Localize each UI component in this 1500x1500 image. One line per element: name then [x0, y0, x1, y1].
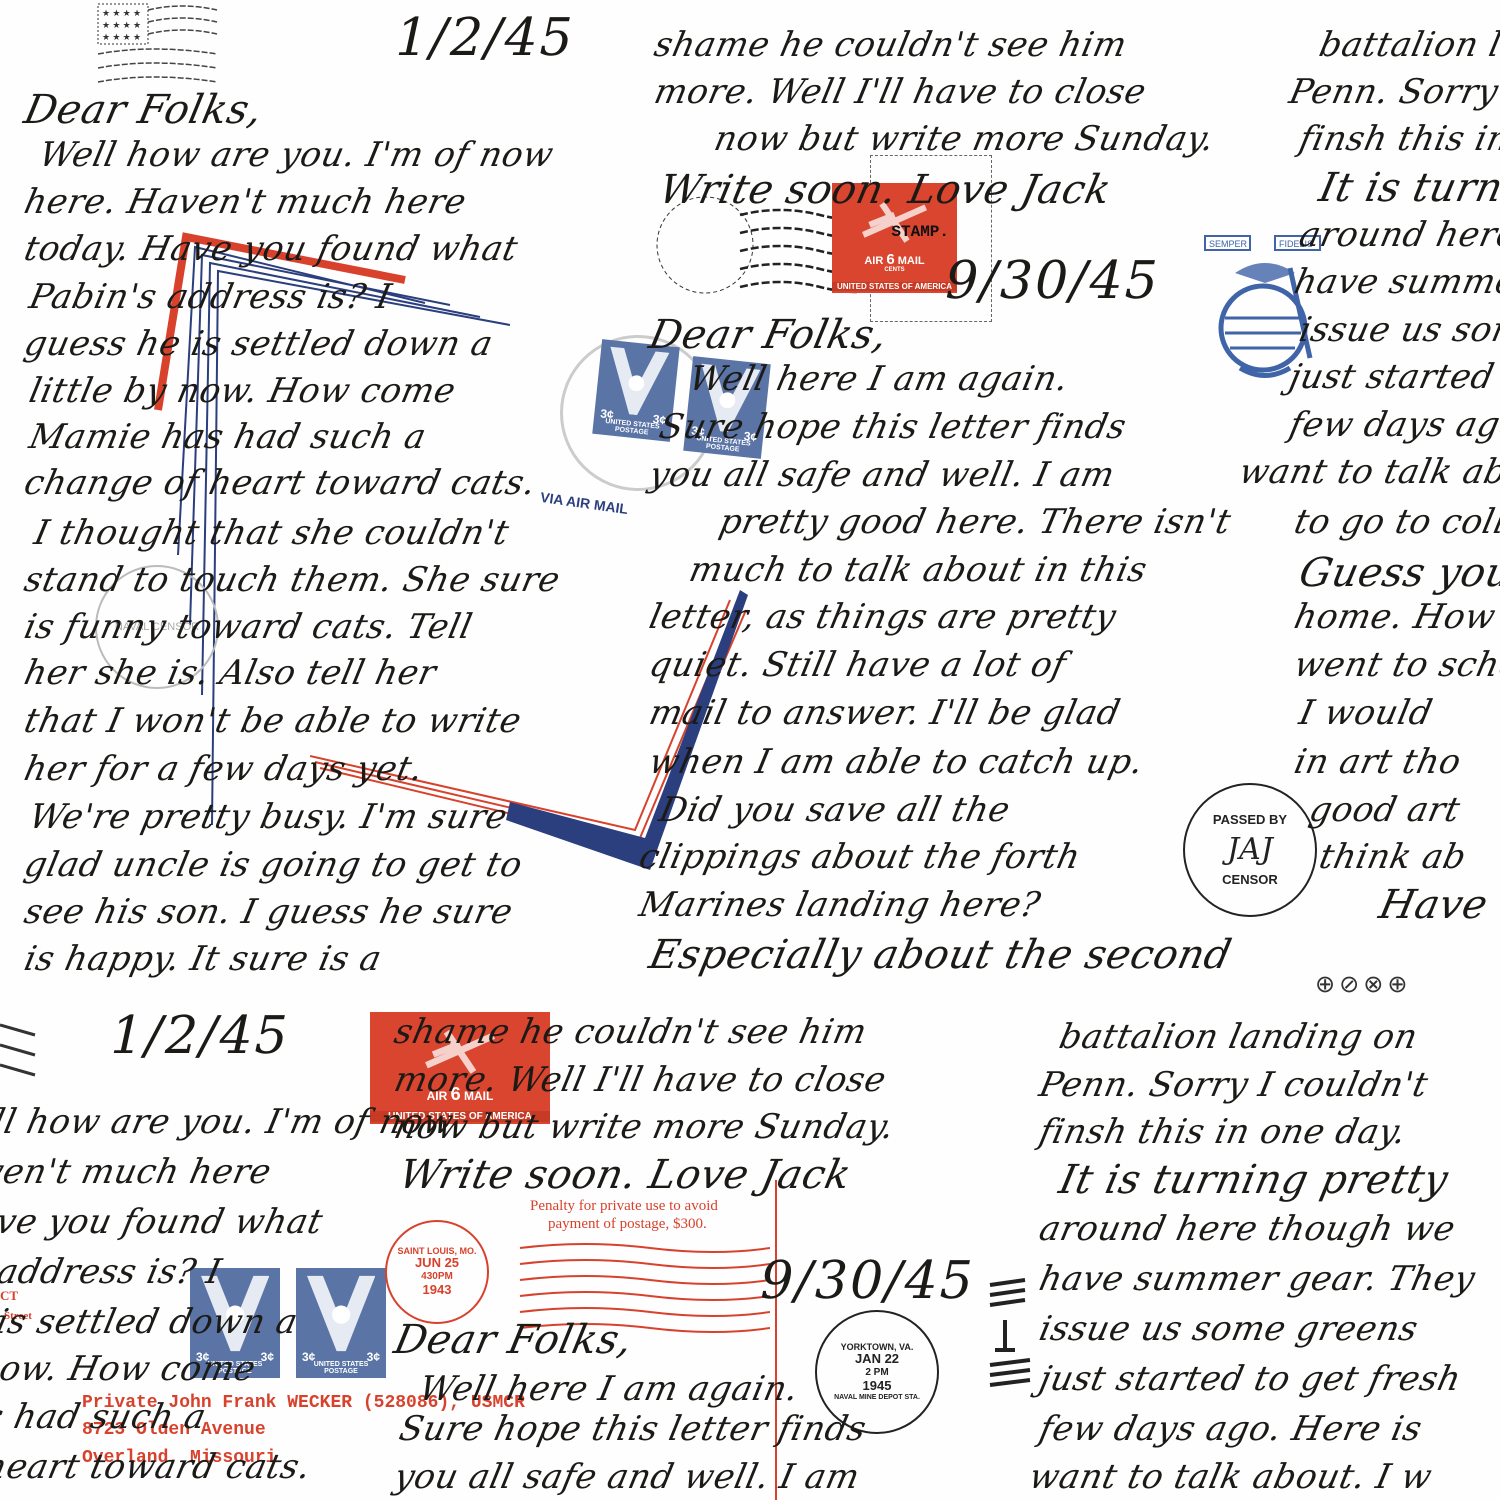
- letter-line: Especially about the second: [646, 935, 1235, 975]
- letter-line: shame he couldn't see him: [391, 1015, 870, 1049]
- letter-date: 9/30/45: [754, 1255, 980, 1307]
- letter-line: her she is. Also tell her: [21, 656, 439, 690]
- letter-line: Sure hope this letter finds: [656, 410, 1129, 444]
- letter-line: guess he is settled down a: [21, 327, 495, 361]
- letter-line: few days ago. Here is: [1036, 1412, 1425, 1446]
- penalty-text-line1: Penalty for private use to avoid: [530, 1198, 718, 1215]
- letter-line: Marines landing here?: [636, 888, 1043, 922]
- letter-line: change of heart toward cats.: [0, 1450, 314, 1484]
- letter-line: battalion landing on: [1056, 1020, 1420, 1054]
- letter-line: Mamie has had such a: [26, 420, 429, 454]
- letter-line: you all safe and well. I am: [646, 458, 1117, 492]
- letter-line: Well how are you. I'm of now: [0, 1105, 457, 1139]
- letter-line: here. Haven't much here: [21, 185, 469, 219]
- letter-line: little by now. How come: [0, 1352, 259, 1386]
- letter-line: Dear Folks,: [391, 1320, 636, 1360]
- letter-line: went to school: [1291, 648, 1500, 682]
- letter-line: want to talk about. I w: [1026, 1460, 1435, 1494]
- letter-line: Mamie has had such a: [0, 1400, 209, 1434]
- letter-line: stand to touch them. She sure: [21, 563, 563, 597]
- letter-line: Penn. Sorry I couldn't: [1286, 75, 1500, 109]
- letter-line: Pabin's address is? I: [26, 280, 394, 314]
- via-air-mail-label: VIA AIR MAIL: [539, 489, 629, 517]
- letter-line: shame he couldn't see him: [651, 28, 1130, 62]
- letter-line: I would: [1296, 696, 1435, 730]
- letter-line: Guess you: [1296, 553, 1500, 593]
- letter-line: Well here I am again.: [416, 1372, 801, 1406]
- cancel-lines-left: [0, 1010, 40, 1110]
- letter-line: just started to get fresh: [1286, 360, 1500, 394]
- letter-line: Well how are you. I'm of now: [36, 138, 556, 172]
- letter-line: in art tho: [1291, 745, 1464, 779]
- letter-line: Sure hope this letter finds: [396, 1412, 869, 1446]
- letter-line: glad uncle is going to get to: [21, 848, 525, 882]
- letter-line: guess he is settled down a: [0, 1305, 301, 1339]
- letter-line: around here though we: [1036, 1212, 1458, 1246]
- letter-line: you all safe and well. I am: [391, 1460, 862, 1494]
- letter-line: Have: [1376, 885, 1492, 925]
- bar-cancel-icon: [985, 1270, 1035, 1410]
- letter-line: Write soon. Love Jack: [396, 1155, 855, 1195]
- letter-line: just started to get fresh: [1036, 1362, 1464, 1396]
- letter-line: want to talk about. I w: [1236, 455, 1500, 489]
- letter-line: is funny toward cats. Tell: [21, 610, 475, 644]
- svg-text:★ ★ ★ ★: ★ ★ ★ ★: [102, 8, 141, 18]
- flag-cancel-icon: ★ ★ ★ ★★ ★ ★ ★★ ★ ★ ★: [92, 0, 222, 95]
- letter-line: I thought that she couldn't: [31, 516, 512, 550]
- saint-louis-postmark: SAINT LOUIS, MO. JUN 25 430PM 1943: [385, 1220, 489, 1324]
- pattern-canvas: ★ ★ ★ ★★ ★ ★ ★★ ★ ★ ★ VIA AIR MAIL NAVAL…: [0, 0, 1500, 1500]
- letter-line: issue us some greens: [1036, 1312, 1421, 1346]
- letter-line: now but write more Sunday.: [391, 1110, 897, 1144]
- letter-line: now but write more Sunday.: [711, 122, 1217, 156]
- letter-line: Penn. Sorry I couldn't: [1036, 1068, 1431, 1102]
- letter-line: We're pretty busy. I'm sure: [26, 800, 510, 834]
- win-the-war-stamp-lower: 3¢ 3¢ UNITED STATES POSTAGE: [296, 1268, 386, 1378]
- letter-line: here. Haven't much here: [0, 1155, 274, 1189]
- letter-line: little by now. How come: [26, 374, 458, 408]
- letter-line: think ab: [1316, 840, 1469, 874]
- letter-line: finsh this in one day.: [1296, 122, 1500, 156]
- letter-line: Write soon. Love Jack: [656, 170, 1115, 210]
- letter-line: to go to college: [1291, 505, 1500, 539]
- letter-date: 1/2/45: [104, 1010, 294, 1062]
- letter-line: today. Have you found what: [0, 1205, 326, 1239]
- letter-line: see his son. I guess he sure: [21, 895, 515, 929]
- letter-line: have summer gear. They: [1036, 1262, 1478, 1296]
- svg-text:★ ★ ★ ★: ★ ★ ★ ★: [102, 32, 141, 42]
- letter-line: Dear Folks,: [646, 315, 891, 355]
- letter-line: letter, as things are pretty: [646, 600, 1119, 634]
- letter-line: when I am able to catch up.: [646, 745, 1146, 779]
- letter-line: pretty good here. There isn't: [716, 505, 1234, 539]
- letter-line: Dear Folks,: [21, 90, 266, 130]
- victory-eagle-icon: [307, 1275, 375, 1352]
- crossed-circles-icon: ⊕⊘⊗⊕: [1315, 970, 1411, 998]
- letter-line: have summer gear. They: [1291, 265, 1500, 299]
- svg-text:SEMPER: SEMPER: [1209, 239, 1248, 249]
- letter-line: battalion landing on: [1316, 28, 1500, 62]
- letter-line: Did you save all the: [656, 793, 1013, 827]
- letter-line: today. Have you found what: [21, 232, 521, 266]
- letter-line: It is turning pretty: [1316, 168, 1500, 208]
- letter-date: 9/30/45: [939, 255, 1165, 307]
- red-divider-line: [775, 1180, 777, 1500]
- letter-line: home. How: [1291, 600, 1498, 634]
- letter-line: clippings about the forth: [636, 840, 1083, 874]
- letter-line: Pabin's address is? I: [0, 1255, 225, 1289]
- letter-line: few days ago. Here is: [1286, 408, 1500, 442]
- letter-line: finsh this in one day.: [1036, 1115, 1409, 1149]
- letter-date: 1/2/45: [389, 12, 579, 64]
- letter-line: change of heart toward cats.: [21, 466, 538, 500]
- letter-line: more. Well I'll have to close: [651, 75, 1149, 109]
- letter-line: It is turning pretty: [1056, 1160, 1452, 1200]
- passed-by-censor-postmark: PASSED BY JAJ CENSOR: [1183, 783, 1317, 917]
- letter-line: Well here I am again.: [686, 362, 1071, 396]
- letter-line: issue us some greens: [1296, 313, 1500, 347]
- letter-line: good art: [1306, 793, 1463, 827]
- penalty-text-line2: payment of postage, $300.: [548, 1216, 707, 1233]
- letter-line: more. Well I'll have to close: [391, 1063, 889, 1097]
- letter-line: is happy. It sure is a: [21, 942, 384, 976]
- letter-line: that I won't be able to write: [21, 704, 524, 738]
- letter-line: mail to answer. I'll be glad: [646, 696, 1123, 730]
- letter-line: quiet. Still have a lot of: [646, 648, 1069, 682]
- letter-line: her for a few days yet.: [21, 752, 426, 786]
- letter-line: around here though we: [1296, 218, 1500, 252]
- svg-text:★ ★ ★ ★: ★ ★ ★ ★: [102, 20, 141, 30]
- letter-line: much to talk about in this: [686, 553, 1150, 587]
